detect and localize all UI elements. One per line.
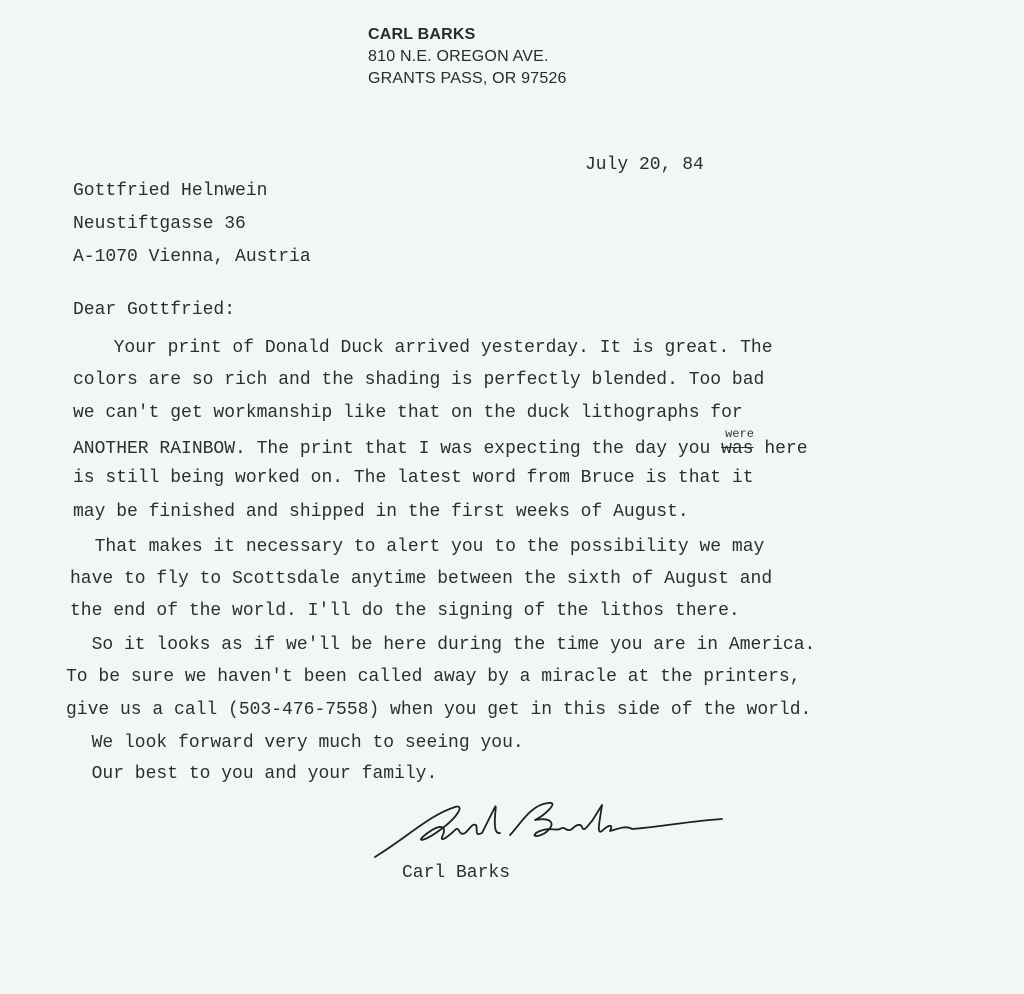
body-line: is still being worked on. The latest wor… xyxy=(73,468,754,488)
body-text: ANOTHER RAINBOW. The print that I was ex… xyxy=(73,439,721,459)
body-line: So it looks as if we'll be here during t… xyxy=(70,635,815,655)
sender-city: GRANTS PASS, OR 97526 xyxy=(368,68,567,90)
body-line: Your print of Donald Duck arrived yester… xyxy=(92,338,773,358)
body-line: Our best to you and your family. xyxy=(70,764,437,784)
letterhead: CARL BARKS 810 N.E. OREGON AVE. GRANTS P… xyxy=(368,24,567,90)
signature-icon xyxy=(370,795,730,865)
body-line: have to fly to Scottsdale anytime betwee… xyxy=(70,569,772,589)
salutation: Dear Gottfried: xyxy=(73,300,235,320)
body-line: give us a call (503-476-7558) when you g… xyxy=(66,700,811,720)
handwritten-correction: waswere xyxy=(721,439,753,459)
body-line: We look forward very much to seeing you. xyxy=(70,733,524,753)
body-text: here xyxy=(754,439,808,459)
recipient-street: Neustiftgasse 36 xyxy=(73,214,246,234)
signer-name: Carl Barks xyxy=(402,863,510,883)
body-line: the end of the world. I'll do the signin… xyxy=(70,601,740,621)
body-line: To be sure we haven't been called away b… xyxy=(66,667,801,687)
inserted-word: were xyxy=(725,427,754,441)
body-line: That makes it necessary to alert you to … xyxy=(73,537,764,557)
struck-word: was xyxy=(721,439,753,459)
recipient-name: Gottfried Helnwein xyxy=(73,181,267,201)
sender-street: 810 N.E. OREGON AVE. xyxy=(368,46,567,68)
sender-name: CARL BARKS xyxy=(368,24,567,46)
letter-date: July 20, 84 xyxy=(585,155,704,175)
body-line: we can't get workmanship like that on th… xyxy=(73,403,743,423)
body-line: may be finished and shipped in the first… xyxy=(73,502,689,522)
recipient-city: A-1070 Vienna, Austria xyxy=(73,247,311,267)
body-line: ANOTHER RAINBOW. The print that I was ex… xyxy=(73,439,808,459)
body-line: colors are so rich and the shading is pe… xyxy=(73,370,764,390)
